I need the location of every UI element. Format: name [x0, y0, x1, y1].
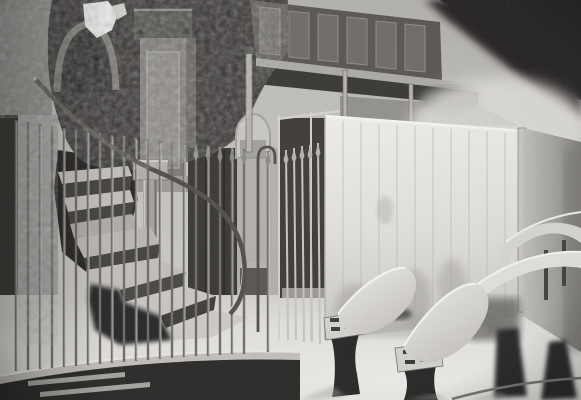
photo-canvas: [0, 0, 581, 400]
photograph: [0, 0, 581, 400]
vignette: [0, 0, 581, 400]
